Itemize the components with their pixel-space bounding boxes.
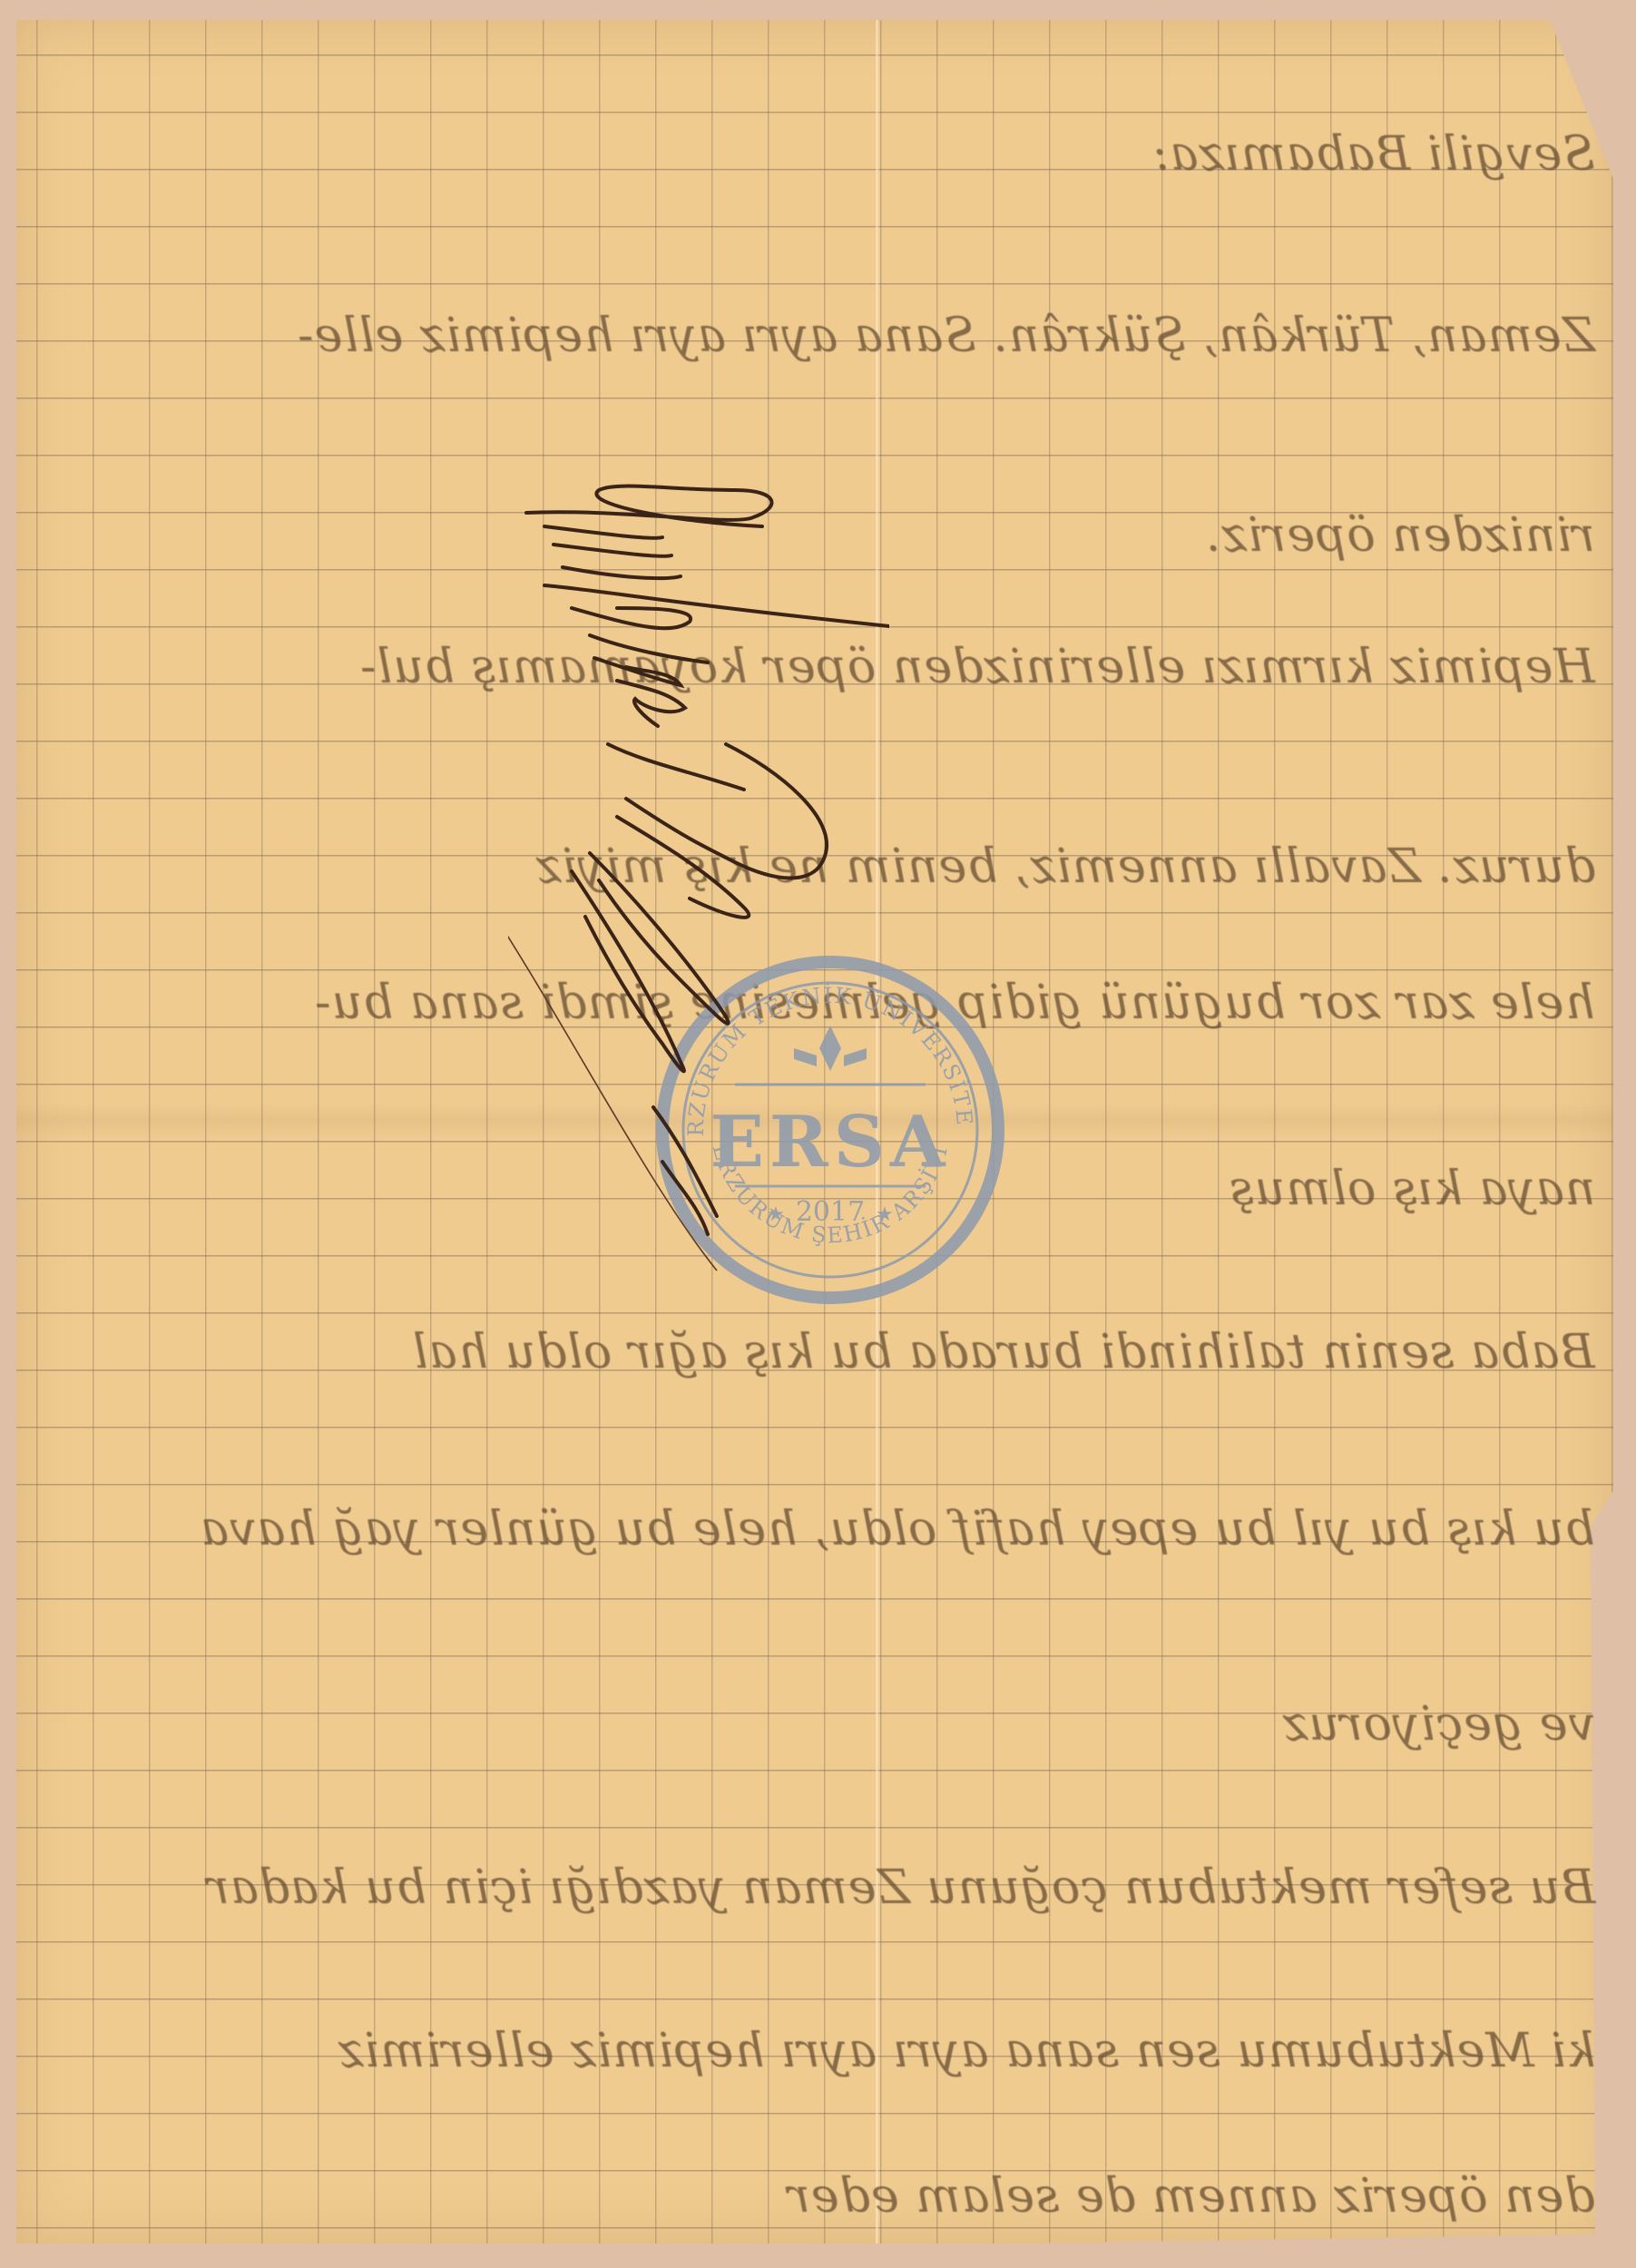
letter-line: Baba senin talihindi burada bu kış ağır …	[412, 1325, 1595, 1379]
letter-line: ve geçiyoruz	[1282, 1697, 1595, 1752]
letter-line: Bu sefer mektubun çoğunu Zeman yazdığı i…	[206, 1861, 1595, 1915]
signature	[508, 472, 889, 1289]
letter-line: rinizden öperiz.	[1205, 508, 1595, 563]
salutation-line: Sevgili Babamıza:	[1152, 127, 1595, 182]
letter-line: bu kış bu yıl bu epey hafif oldu, hele b…	[200, 1502, 1595, 1556]
letter-line: Zeman, Türkân, Şükrân. Sana ayrı ayrı he…	[297, 309, 1595, 363]
letter-line: naya kış olmuş	[1229, 1162, 1595, 1216]
closing-line: den öperiz annem de selam eder	[787, 2169, 1595, 2224]
letter-line: ki Mektubumu sen sana ayrı ayrı hepimiz …	[338, 2024, 1595, 2078]
